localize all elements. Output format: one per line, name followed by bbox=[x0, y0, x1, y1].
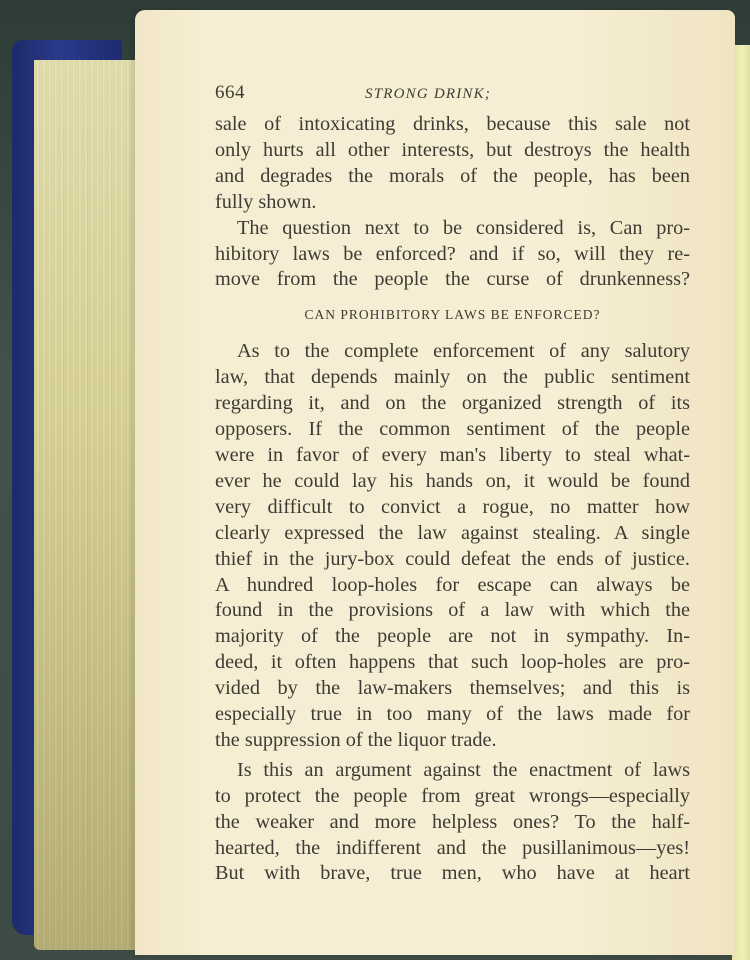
text-line: opposers. If the common sentiment of the… bbox=[215, 417, 690, 443]
text-line: especially true in too many of the laws … bbox=[215, 702, 690, 728]
paragraph: As to the complete enforcement of any sa… bbox=[215, 339, 690, 754]
paragraph: Is this an argument against the enactmen… bbox=[215, 758, 690, 888]
text-line: the suppression of the liquor trade. bbox=[215, 728, 690, 754]
page-edges bbox=[34, 60, 144, 950]
text-line: very difficult to convict a rogue, no ma… bbox=[215, 495, 690, 521]
text-line: hearted, the indifferent and the pusilla… bbox=[215, 836, 690, 862]
running-head: 664 STRONG DRINK; bbox=[215, 82, 690, 112]
page-content: 664 STRONG DRINK; sale of intoxicating d… bbox=[215, 82, 690, 887]
text-line: were in favor of every man's liberty to … bbox=[215, 443, 690, 469]
text-line: the weaker and more helpless ones? To th… bbox=[215, 810, 690, 836]
running-title: STRONG DRINK; bbox=[365, 86, 491, 103]
text-line: regarding it, and on the organized stren… bbox=[215, 391, 690, 417]
text-line: But with brave, true men, who have at he… bbox=[215, 861, 690, 887]
text-line: hibitory laws be enforced? and if so, wi… bbox=[215, 242, 690, 268]
text-line: only hurts all other interests, but dest… bbox=[215, 138, 690, 164]
text-line: sale of intoxicating drinks, because thi… bbox=[215, 112, 690, 138]
text-line: vided by the law-makers themselves; and … bbox=[215, 676, 690, 702]
text-line: ever he could lay his hands on, it would… bbox=[215, 469, 690, 495]
text-line: thief in the jury-box could defeat the e… bbox=[215, 547, 690, 573]
section-heading: CAN PROHIBITORY LAWS BE ENFORCED? bbox=[215, 307, 690, 327]
text-line: As to the complete enforcement of any sa… bbox=[215, 339, 690, 365]
text-line: clearly expressed the law against steali… bbox=[215, 521, 690, 547]
text-line: The question next to be considered is, C… bbox=[215, 216, 690, 242]
paragraph: sale of intoxicating drinks, because thi… bbox=[215, 112, 690, 216]
text-line: and degrades the morals of the people, h… bbox=[215, 164, 690, 190]
page-number: 664 bbox=[215, 82, 365, 104]
text-line: to protect the people from great wrongs—… bbox=[215, 784, 690, 810]
text-line: majority of the people are not in sympat… bbox=[215, 624, 690, 650]
text-line: Is this an argument against the enactmen… bbox=[215, 758, 690, 784]
paragraph: The question next to be considered is, C… bbox=[215, 216, 690, 294]
text-line: law, that depends mainly on the public s… bbox=[215, 365, 690, 391]
text-line: deed, it often happens that such loop-ho… bbox=[215, 650, 690, 676]
text-line: move from the people the curse of drunke… bbox=[215, 267, 690, 293]
text-line: fully shown. bbox=[215, 190, 690, 216]
text-line: A hundred loop-holes for escape can alwa… bbox=[215, 573, 690, 599]
text-line: found in the provisions of a law with wh… bbox=[215, 598, 690, 624]
